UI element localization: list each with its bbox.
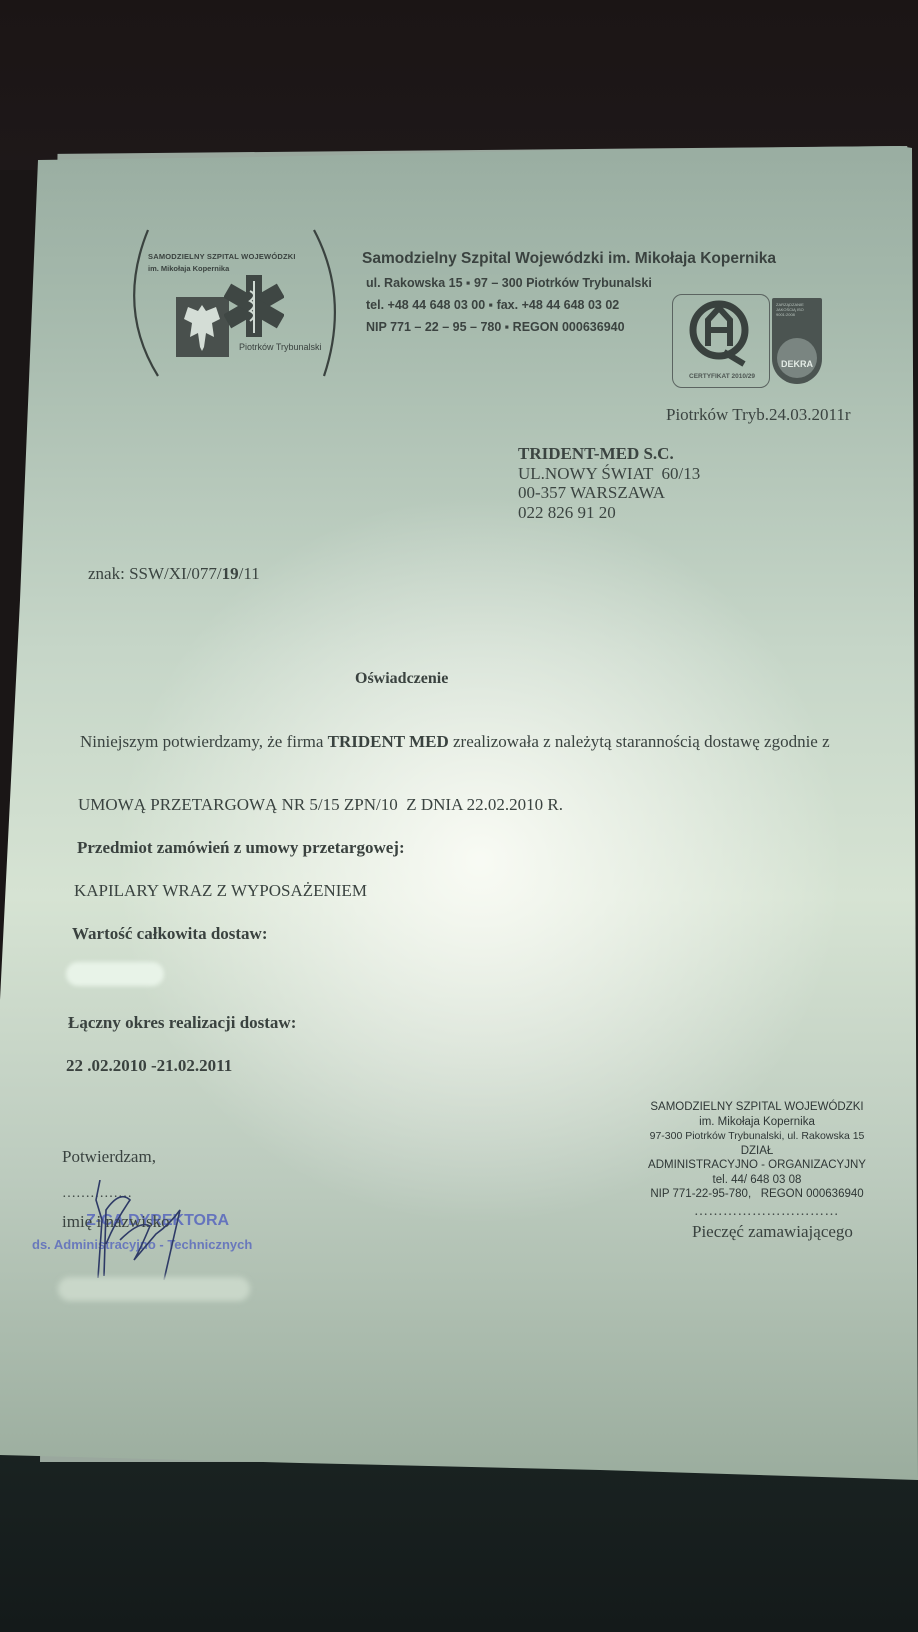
statement-text-1: Niniejszym potwierdzamy, że firma xyxy=(80,732,328,751)
statement-company: TRIDENT MED xyxy=(328,732,449,751)
confirm-label: Potwierdzam, xyxy=(62,1147,156,1167)
institution-address: ul. Rakowska 15 ▪ 97 – 300 Piotrków Tryb… xyxy=(366,276,652,290)
total-value-label: Wartość całkowita dostaw: xyxy=(72,924,267,944)
stamp-line: NIP 771-22-95-780, REGON 000636940 xyxy=(612,1187,902,1202)
recipient-city: 00-357 WARSZAWA xyxy=(518,483,700,503)
institution-tax-ids: NIP 771 – 22 – 95 – 780 ▪ REGON 00063694… xyxy=(366,320,625,334)
stamp-caption: Pieczęć zamawiającego xyxy=(692,1222,853,1242)
reference-prefix: znak: SSW/XI/077/ xyxy=(88,564,222,583)
subject-value: KAPILARY WRAZ Z WYPOSAŻENIEM xyxy=(74,881,367,901)
reference-number: znak: SSW/XI/077/19/11 xyxy=(88,564,260,584)
logo-subtitle: im. Mikołaja Kopernika xyxy=(148,264,229,273)
recipient-phone: 022 826 91 20 xyxy=(518,503,700,523)
hospital-stamp: SAMODZIELNY SZPITAL WOJEWÓDZKI im. Mikoł… xyxy=(612,1100,902,1202)
recipient-address: TRIDENT-MED S.C. UL.NOWY ŚWIAT 60/13 00-… xyxy=(518,444,700,522)
stamp-line: SAMODZIELNY SZPITAL WOJEWÓDZKI xyxy=(612,1100,902,1115)
logo-city: Piotrków Trybunalski xyxy=(239,342,322,352)
reference-bold: 19 xyxy=(222,564,239,583)
dekra-seal-icon xyxy=(777,338,817,378)
period-value: 22 .02.2010 -21.02.2011 xyxy=(66,1056,232,1076)
reference-suffix: /11 xyxy=(239,564,260,583)
stamp-line: DZIAŁ xyxy=(612,1144,902,1159)
stamp-line: 97-300 Piotrków Trybunalski, ul. Rakowsk… xyxy=(612,1129,902,1144)
stamp-line: ADMINISTRACYJNO - ORGANIZACYJNY xyxy=(612,1158,902,1173)
stamp-line: im. Mikołaja Kopernika xyxy=(612,1115,902,1130)
recipient-street: UL.NOWY ŚWIAT 60/13 xyxy=(518,464,700,484)
period-label: Łączny okres realizacji dostaw: xyxy=(68,1013,296,1033)
recipient-name: TRIDENT-MED S.C. xyxy=(518,444,700,464)
dekra-brand: DEKRA xyxy=(772,359,822,369)
institution-name: Samodzielny Szpital Wojewódzki im. Mikoł… xyxy=(362,250,776,268)
redacted-total-value xyxy=(66,962,164,986)
institution-phone-fax: tel. +48 44 648 03 00 ▪ fax. +48 44 648 … xyxy=(366,298,619,312)
logo-title: SAMODZIELNY SZPITAL WOJEWÓDZKI xyxy=(148,252,296,261)
dekra-badge: ZARZĄDZANIE JAKOŚCIĄ ISO 9001:2008 DEKRA xyxy=(772,298,822,384)
stamp-line: tel. 44/ 648 03 08 xyxy=(612,1173,902,1188)
stamp-dotted-line: ………………………… xyxy=(694,1204,839,1220)
document-title: Oświadczenie xyxy=(355,670,448,688)
contract-reference: UMOWĄ PRZETARGOWĄ NR 5/15 ZPN/10 Z DNIA … xyxy=(78,795,563,815)
redacted-signatory-name xyxy=(58,1277,250,1301)
subject-label: Przedmiot zamówień z umowy przetargowej: xyxy=(77,838,405,858)
star-of-life-icon xyxy=(224,275,284,345)
background-top xyxy=(0,0,918,170)
statement-paragraph: Niniejszym potwierdzamy, że firma TRIDEN… xyxy=(80,731,840,752)
dekra-caption: ZARZĄDZANIE JAKOŚCIĄ ISO 9001:2008 xyxy=(776,302,822,317)
quality-q-logo-icon xyxy=(686,298,752,368)
eagle-emblem-icon xyxy=(176,297,229,357)
statement-text-2: zrealizowała z należytą starannością dos… xyxy=(449,732,830,751)
place-and-date: Piotrków Tryb.24.03.2011r xyxy=(666,405,851,425)
certificate-number: CERTYFIKAT 2010/29 xyxy=(678,373,766,380)
handwritten-signature-icon xyxy=(60,1180,220,1290)
